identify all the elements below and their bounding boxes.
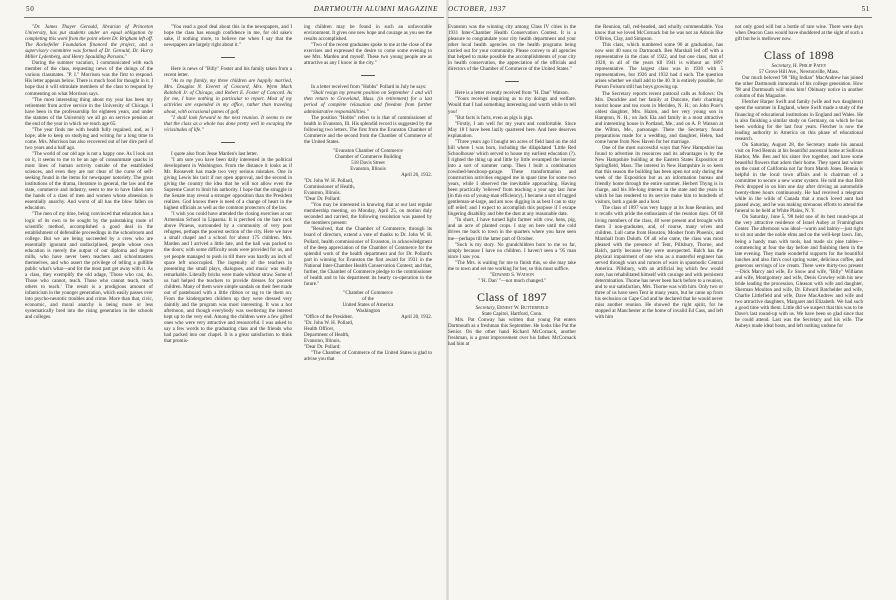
letter-date: April 20, 1932. — [401, 314, 432, 320]
header-rule — [448, 17, 872, 18]
paragraph: Evanston was the winning city among Clas… — [448, 24, 576, 72]
paragraph: "Yours received inquiring as to my doing… — [448, 96, 576, 114]
paragraph: "The year finds me with health fully reg… — [25, 127, 153, 151]
paragraph: The Secretary reports recent pastoral ca… — [595, 91, 723, 145]
paragraph: "The Chamber of Commerce of the United S… — [304, 350, 432, 362]
paragraph: Here is news of "Billy" Foster and his f… — [164, 66, 292, 78]
paragraph: "Such is my story. No grandchildren born… — [448, 242, 576, 260]
section-divider — [505, 81, 519, 82]
paragraph: "You read a good deal about this in the … — [164, 24, 292, 48]
paragraph: "The men of my time, being convinced tha… — [25, 211, 153, 320]
paragraph: Fletcher Harper Swift and family (wife a… — [735, 99, 863, 141]
section-heading-class-1898: Class of 1898 — [735, 48, 863, 62]
left-page: 50 DARTMOUTH ALUMNI MAGAZINE "Dr. James … — [0, 0, 448, 600]
paragraph: "I am sure you have been daily intereste… — [164, 157, 292, 211]
left-page-number: 50 — [26, 5, 34, 13]
secretary-name: Ernest W. Butterfield — [497, 305, 548, 311]
paragraph: On Saturday, June 5, '98 held one of its… — [735, 214, 863, 329]
running-head-magazine: DARTMOUTH ALUMNI MAGAZINE — [314, 5, 438, 13]
right-page: OCTOBER, 1937 51 Evanston was the winnin… — [448, 0, 896, 600]
paragraph: "The Mrs. is waiting for me to finish th… — [448, 260, 576, 272]
left-column-3: ing children may be found in such an unf… — [304, 24, 432, 362]
right-column-2: the Reunion, tall, red-headed, and wholl… — [595, 24, 723, 320]
paragraph: Our much beloved '98 "Big Indian" MacAnd… — [735, 75, 863, 99]
header-rule — [24, 17, 444, 18]
right-column-3: not only good will but a bottle of rare … — [735, 24, 863, 329]
section-divider — [221, 142, 235, 143]
paragraph: "Firstly, I am well for my years and com… — [448, 121, 576, 139]
paragraph: ing children may be found in such an unf… — [304, 24, 432, 42]
paragraph: Mrs. Pat Conway has written that young P… — [448, 317, 576, 347]
signature-note: " 'H. Dan' "—not much changed." — [448, 278, 576, 284]
paragraph: "You may be interested in knowing that a… — [304, 202, 432, 226]
left-column-1: "Dr. James Thayer Gerould, librarian of … — [25, 24, 153, 320]
paragraph: "Three years ago I bought ten acres of f… — [448, 139, 576, 218]
right-page-number: 51 — [862, 5, 870, 13]
paragraph: "Resolved, that the Chamber of Commerce,… — [304, 226, 432, 286]
paragraph: the Reunion, tall, red-headed, and wholl… — [595, 24, 723, 42]
paragraph: This class, which numbered some 90 at gr… — [595, 42, 723, 90]
section-divider — [221, 57, 235, 58]
paragraph: On Saturday, August 28, the Secretary ma… — [735, 142, 863, 215]
paragraph: One of the most successful ways that New… — [595, 145, 723, 205]
paragraph: not only good will but a bottle of rare … — [735, 24, 863, 42]
paragraph: "I shall look forward to the next reunio… — [164, 115, 292, 133]
paragraph: "The world of our old age is not a happy… — [25, 151, 153, 211]
paragraph: "I wish you could have attended the clos… — [164, 211, 292, 344]
running-head-date: OCTOBER, 1937 — [448, 5, 506, 13]
right-column-1: Evanston was the winning city among Clas… — [448, 24, 576, 347]
paragraph: "Dr. James Thayer Gerould, librarian of … — [25, 24, 153, 60]
paragraph: "The most interesting thing about my yea… — [25, 97, 153, 127]
paragraph: The class of 1897 was very happy at its … — [595, 205, 723, 320]
quote: "Shall resign my present position on Sep… — [304, 90, 432, 114]
paragraph: "As to my family, my three children are … — [164, 78, 292, 114]
section-divider — [361, 75, 375, 76]
paragraph: During the summer vacation, I communicat… — [25, 60, 153, 96]
paragraph: "Two of the recent graduates spoke to me… — [304, 42, 432, 66]
paragraph: The position "Hobbs" refers to is that o… — [304, 115, 432, 145]
paragraph: "In short, I have turned light farmer wi… — [448, 217, 576, 241]
secretary-label: Secretary, — [476, 305, 496, 311]
section-heading-class-1897: Class of 1897 — [448, 290, 576, 304]
left-column-2: "You read a good deal about this in the … — [164, 24, 292, 344]
